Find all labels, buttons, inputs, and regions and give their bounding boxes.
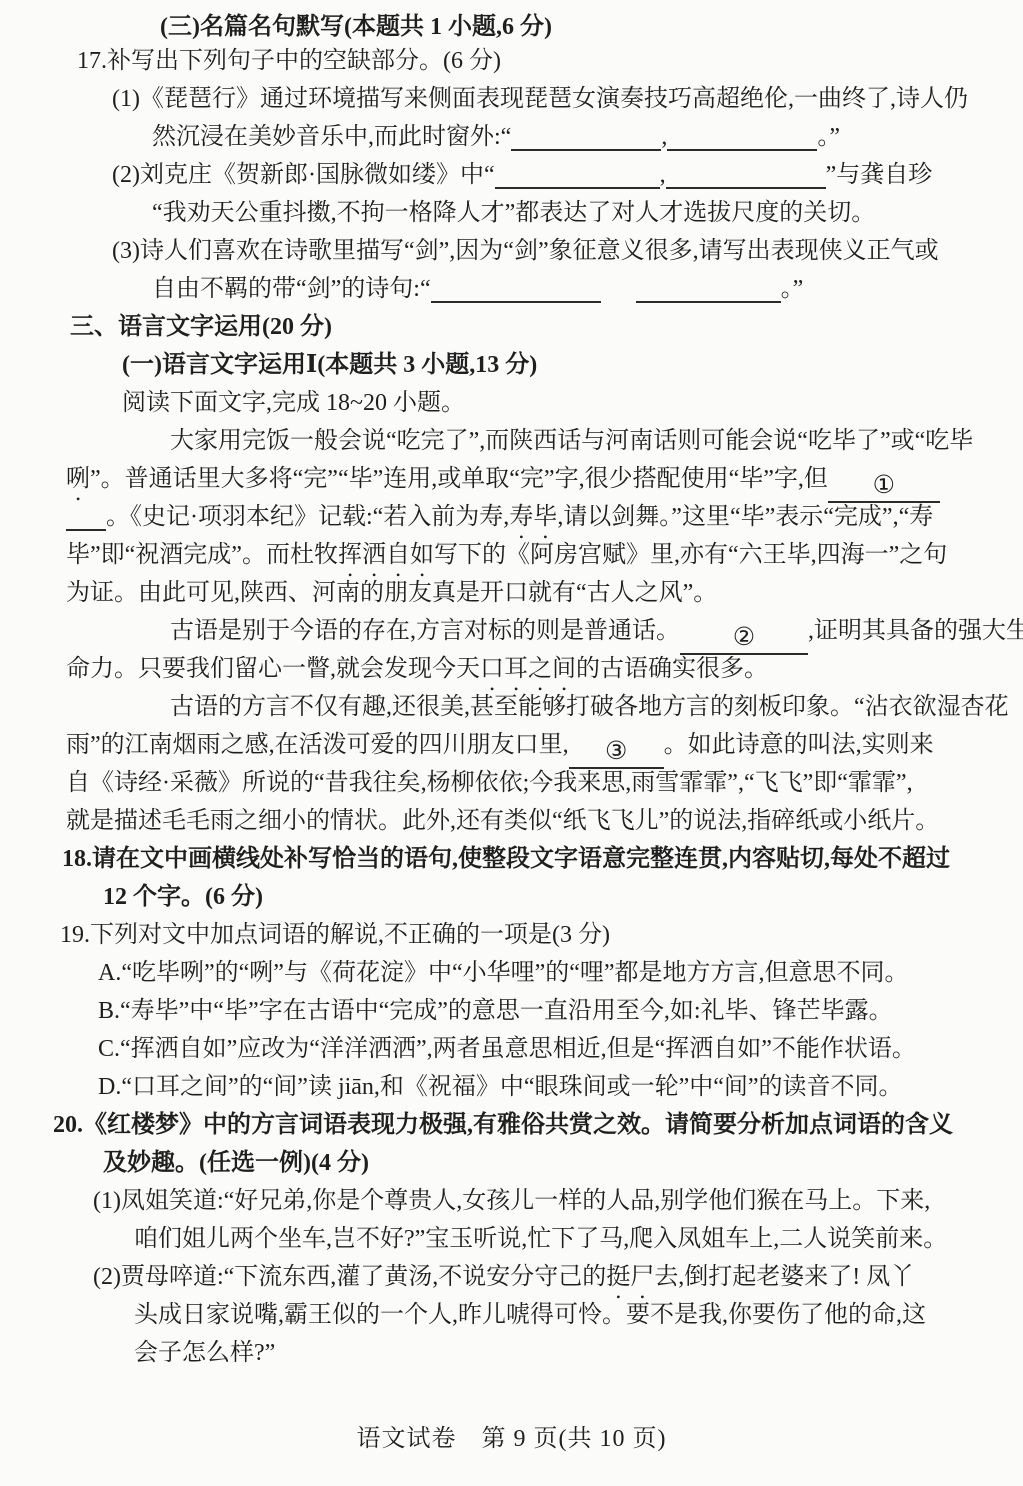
emphasized-word: 挥洒自如 — [338, 542, 434, 568]
q17-item3-line1: (3)诗人们喜欢在诗歌里描写“剑”,因为“剑”象征意义很多,请写出表现侠义正气或 — [0, 232, 1023, 270]
reading-instruction: 阅读下面文字,完成 18~20 小题。 — [0, 384, 1023, 422]
text-segment: 。如此诗意的叫法,实则来 — [664, 732, 934, 758]
passage-p1-line5: 为证。由此可见,陕西、河南的朋友真是开口就有“古人之风”。 — [0, 574, 1023, 612]
text-segment: 。” — [817, 124, 840, 150]
text-segment: 古语是别于今语的存在,方言对标的则是普通话。 — [170, 618, 680, 644]
passage-p2-line1: 古语是别于今语的存在,方言对标的则是普通话。②,证明其具备的强大生 — [0, 612, 1023, 650]
q17-stem: 17.补写出下列句子中的空缺部分。(6 分) — [0, 42, 1023, 80]
q17-item3-line2: 自由不羁的带“剑”的诗句:“。” — [0, 270, 1023, 308]
text-segment: (2)刘克庄《贺新郎·国脉微如缕》中“ — [112, 162, 495, 188]
text-segment: 毕”即“祝酒完成”。而杜牧 — [66, 542, 338, 568]
answer-blank — [667, 119, 817, 151]
circled-number-2: ② — [733, 624, 755, 651]
q17-item2-line1: (2)刘克庄《贺新郎·国脉微如缕》中“,”与龚自珍 — [0, 156, 1023, 194]
answer-blank — [636, 271, 781, 303]
circled-number-3: ③ — [605, 738, 627, 765]
passage-p3-line4: 就是描述毛毛雨之细小的情状。此外,还有类似“纸飞飞儿”的说法,指碎纸或小纸片。 — [0, 802, 1023, 840]
q17-item1-line1: (1)《琵琶行》通过环境描写来侧面表现琵琶女演奏技巧高超绝伦,一曲终了,诗人仍 — [0, 80, 1023, 118]
q20-example2-line1: (2)贾母啐道:“下流东西,灌了黄汤,不说安分守己的挺尸去,倒打起老婆来了! 凤… — [0, 1258, 1023, 1296]
passage-p3-line3: 自《诗经·采薇》所说的“昔我往矣,杨柳依依;今我来思,雨雪霏霏”,“飞飞”即“霏… — [0, 764, 1023, 802]
text-segment: ,请以剑舞。”这里“毕”表示“完成”,“寿 — [557, 504, 933, 530]
q18-stem-line2: 12 个字。(6 分) — [0, 878, 1023, 916]
text-segment: 雨”的江南烟雨之感,在活泼可爱的四川朋友口里, — [66, 732, 569, 758]
text-segment: 然沉浸在美妙音乐中,而此时窗外:“ — [152, 124, 511, 150]
answer-blank — [666, 157, 826, 189]
text-segment: 。《史记·项羽本纪》记载:“若入前为寿, — [106, 504, 509, 530]
passage-p1-line1: 大家用完饭一般会说“吃完了”,而陕西话与河南话则可能会说“吃毕了”或“吃毕 — [0, 422, 1023, 460]
answer-blank — [495, 157, 660, 189]
answer-blank — [431, 271, 601, 303]
q17-item2-line2: “我劝天公重抖擞,不拘一格降人才”都表达了对人才选拔尺度的关切。 — [0, 194, 1023, 232]
answer-blank — [511, 119, 661, 151]
emphasized-word: 口耳之间 — [480, 656, 576, 682]
q19-option-a: A.“吃毕咧”的“咧”与《荷花淀》中“小华哩”的“哩”都是地方方言,但意思不同。 — [0, 954, 1023, 992]
q19-option-d: D.“口耳之间”的“间”读 jiān,和《祝福》中“眼珠间或一轮”中“间”的读音… — [0, 1068, 1023, 1106]
q20-stem-line1: 20.《红楼梦》中的方言词语表现力极强,有雅俗共赏之效。请简要分析加点词语的含义 — [0, 1106, 1023, 1144]
text-segment: ,证明其具备的强大生 — [808, 618, 1023, 644]
section-heading-mingpian: (三)名篇名句默写(本题共 1 小题,6 分) — [0, 8, 1023, 42]
q17-item1-line2: 然沉浸在美妙音乐中,而此时窗外:“,。” — [0, 118, 1023, 156]
q20-stem-line2: 及妙趣。(任选一例)(4 分) — [0, 1144, 1023, 1182]
text-segment: 写下的《阿房宫赋》里,亦有“六王毕,四海一”之句 — [434, 542, 947, 568]
passage-p1-line2: 咧”。普通话里大多将“完”“毕”连用,或单取“完”字,很少搭配使用“毕”字,但① — [0, 460, 1023, 498]
text-segment: ”。普通话里大多将“完”“毕”连用,或单取“完”字,很少搭配使用“毕”字,但 — [90, 466, 828, 492]
text-segment: (2)贾母啐道:“下流东西,灌了黄汤,不说安分守己的 — [93, 1264, 606, 1290]
answer-blank-1-continuation — [66, 499, 106, 531]
emphasized-word: 寿毕 — [509, 504, 557, 530]
text-segment: 命力。只要我们留心一瞥,就会发现今天 — [66, 656, 480, 682]
q18-stem-line1: 18.请在文中画横线处补写恰当的语句,使整段文字语意完整连贯,内容贴切,每处不超… — [0, 840, 1023, 878]
passage-p3-line1: 古语的方言不仅有趣,还很美,甚至能够打破各地方言的刻板印象。“沾衣欲湿杏花 — [0, 688, 1023, 726]
text-segment: ”与龚自珍 — [826, 162, 933, 188]
q19-option-c: C.“挥洒自如”应改为“洋洋洒洒”,两者虽意思相近,但是“挥洒自如”不能作状语。 — [0, 1030, 1023, 1068]
emphasized-word: 咧 — [66, 466, 90, 492]
emphasized-word: 挺尸 — [606, 1264, 654, 1290]
exam-page: (三)名篇名句默写(本题共 1 小题,6 分) 17.补写出下列句子中的空缺部分… — [0, 0, 1023, 1486]
text-segment: 的古语确实很多。 — [576, 656, 768, 682]
page-footer: 语文试卷 第 9 页(共 10 页) — [0, 1418, 1023, 1453]
text-segment: 自由不羁的带“剑”的诗句:“ — [152, 276, 431, 302]
section-heading-yuyan: 三、语言文字运用(20 分) — [0, 308, 1023, 346]
q19-stem: 19.下列对文中加点词语的解说,不正确的一项是(3 分) — [0, 916, 1023, 954]
q20-example2-line3: 会子怎么样?” — [0, 1334, 1023, 1372]
q20-example1-line2: 咱们姐儿两个坐车,岂不好?”宝玉听说,忙下了马,爬入凤姐车上,二人说笑前来。 — [0, 1220, 1023, 1258]
circled-number-1: ① — [873, 472, 895, 499]
section-heading-text: (三)名篇名句默写(本题共 1 小题,6 分) — [160, 8, 552, 42]
passage-p2-line2: 命力。只要我们留心一瞥,就会发现今天口耳之间的古语确实很多。 — [0, 650, 1023, 688]
passage-p1-line4: 毕”即“祝酒完成”。而杜牧挥洒自如写下的《阿房宫赋》里,亦有“六王毕,四海一”之… — [0, 536, 1023, 574]
passage-p3-line2: 雨”的江南烟雨之感,在活泼可爱的四川朋友口里,③。如此诗意的叫法,实则来 — [0, 726, 1023, 764]
text-segment: 去,倒打起老婆来了! 凤丫 — [654, 1264, 914, 1290]
q19-option-b: B.“寿毕”中“毕”字在古语中“完成”的意思一直沿用至今,如:礼毕、锋芒毕露。 — [0, 992, 1023, 1030]
text-segment: 。” — [781, 276, 804, 302]
subsection-heading-yunyong1: (一)语言文字运用Ⅰ(本题共 3 小题,13 分) — [0, 346, 1023, 384]
passage-p1-line3: 。《史记·项羽本纪》记载:“若入前为寿,寿毕,请以剑舞。”这里“毕”表示“完成”… — [0, 498, 1023, 536]
q20-example2-line2: 头成日家说嘴,霸王似的一个人,昨儿唬得可怜。要不是我,你要伤了他的命,这 — [0, 1296, 1023, 1334]
q20-example1-line1: (1)凤姐笑道:“好兄弟,你是个尊贵人,女孩儿一样的人品,别学他们猴在马上。下来… — [0, 1182, 1023, 1220]
